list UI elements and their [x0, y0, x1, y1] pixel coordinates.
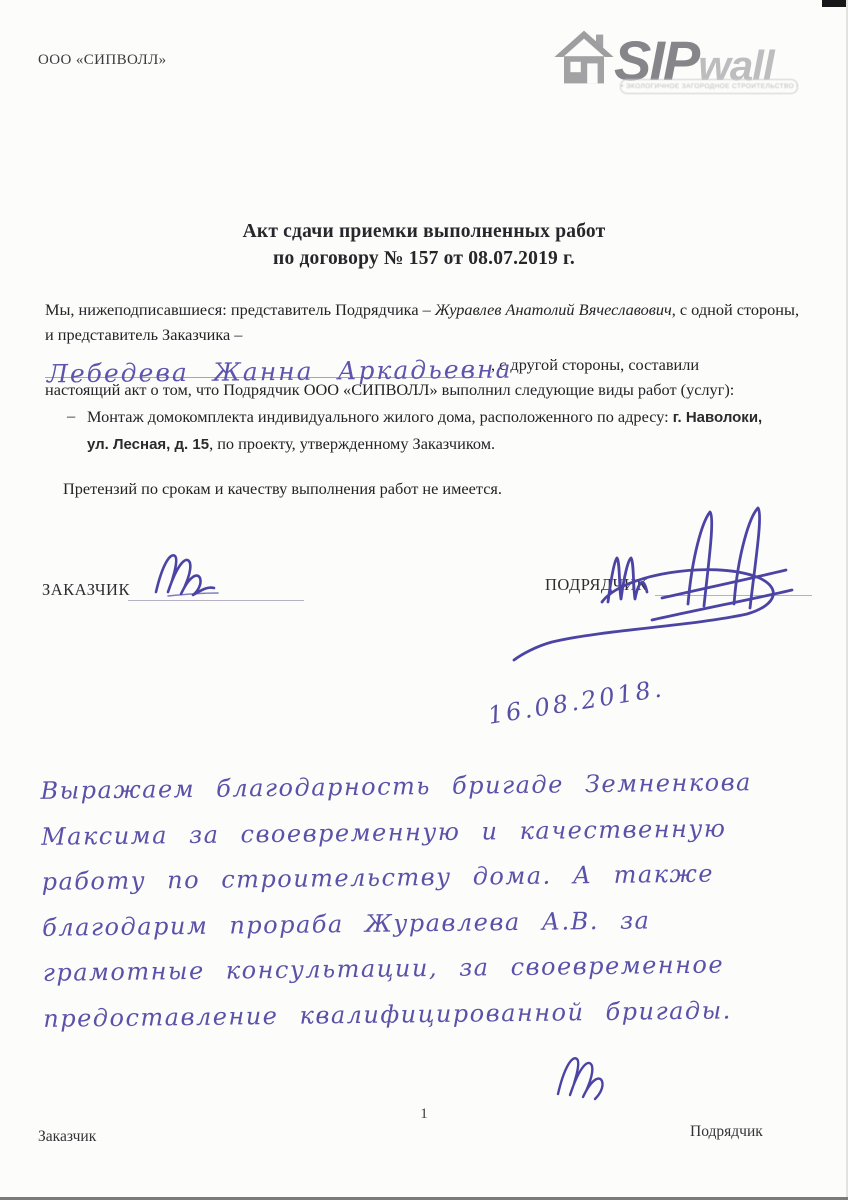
title-line-2: по договору № 157 от 08.07.2019 г.: [0, 245, 848, 272]
work-item-lead: Монтаж домокомплекта индивидуального жил…: [87, 407, 673, 426]
claims-statement: Претензий по срокам и качеству выполнени…: [45, 477, 811, 502]
customer-signature-label: ЗАКАЗЧИК: [42, 580, 130, 600]
after-blank-text: , с другой стороны, составили: [483, 353, 699, 379]
work-item: – Монтаж домокомплекта индивидуального ж…: [45, 404, 811, 458]
contractor-name: Журавлев Анатолий Вячеславович: [435, 300, 672, 319]
document-body: Мы, нижеподписавшиеся: представитель Под…: [45, 298, 811, 501]
note-signature-ink: [548, 1048, 643, 1106]
handwritten-note: Выражаем благодарность бригаде Земненков…: [40, 767, 833, 1050]
scan-artifact-top-right: [822, 0, 848, 7]
footer-contractor-label: Подрядчик: [690, 1123, 763, 1141]
customer-handwritten-name: Лебедева Жанна Аркадьевна: [47, 357, 513, 386]
customer-signature-ink: [148, 544, 258, 604]
work-item-tail: , по проекту, утвержденному Заказчиком.: [209, 434, 495, 453]
company-name: ООО «СИПВОЛЛ»: [38, 52, 167, 69]
sipwall-logo: SIPwall • ЭКОЛОГИЧНОЕ ЗАГОРОДНОЕ СТРОИТЕ…: [552, 20, 820, 104]
document-title: Акт сдачи приемки выполненных работ по д…: [0, 218, 848, 272]
footer-customer-label: Заказчик: [38, 1128, 96, 1146]
house-icon: [552, 26, 616, 88]
bullet-dash: –: [67, 404, 87, 458]
parties-lead: Мы, нижеподписавшиеся: представитель Под…: [45, 300, 435, 319]
contractor-signature-ink: [512, 502, 812, 667]
work-item-text: Монтаж домокомплекта индивидуального жил…: [87, 404, 787, 458]
title-line-1: Акт сдачи приемки выполненных работ: [0, 218, 848, 245]
logo-tagline: • ЭКОЛОГИЧНОЕ ЗАГОРОДНОЕ СТРОИТЕЛЬСТВО •: [620, 79, 798, 94]
scanned-document-page: ООО «СИПВОЛЛ» SIPwall • ЭКОЛОГИЧНОЕ ЗАГО…: [0, 0, 848, 1200]
paragraph-parties: Мы, нижеподписавшиеся: представитель Под…: [45, 298, 811, 347]
blank-underline: Лебедева Жанна Аркадьевна: [45, 347, 483, 378]
note-line: предоставление квалифицированной бригады…: [43, 995, 833, 1050]
customer-name-blank-line: Лебедева Жанна Аркадьевна , с другой сто…: [45, 347, 811, 378]
page-number: 1: [0, 1106, 848, 1123]
handwritten-date: 16.08.2018.: [486, 674, 666, 730]
